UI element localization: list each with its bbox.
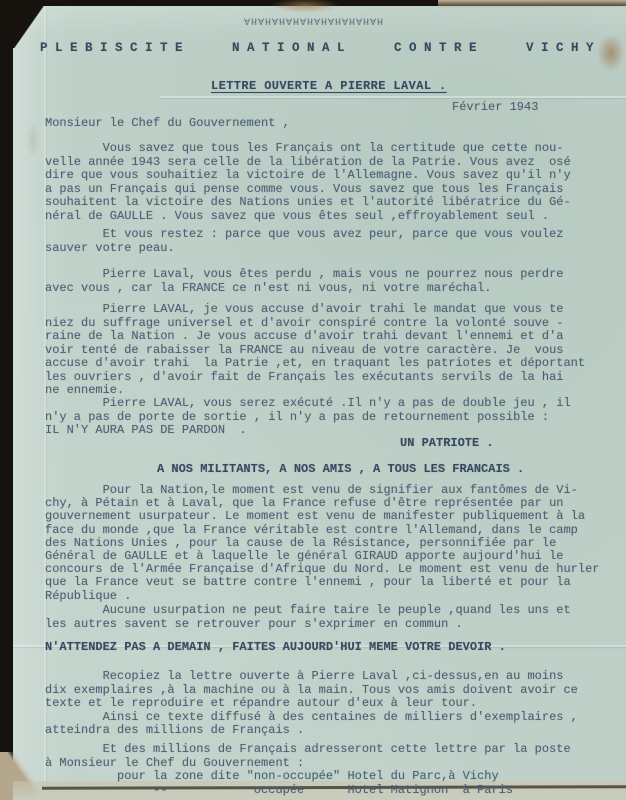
salutation: Monsieur le Chef du Gouvernement , — [45, 117, 290, 131]
section-heading-devoir: N'ATTENDEZ PAS A DEMAIN , FAITES AUJOURD… — [45, 641, 506, 655]
paragraph-2: Et vous restez : parce que vous avez peu… — [45, 228, 563, 255]
stain-top-right — [597, 34, 625, 72]
upside-down-laughter-text: HAHAHAHAHAHAHAHAHAHA — [0, 13, 626, 27]
paragraph-5: Pierre LAVAL, vous serez exécuté .Il n'y… — [45, 397, 571, 438]
paragraph-3: Pierre Laval, vous êtes perdu , mais vou… — [45, 268, 563, 295]
paragraph-4: Pierre LAVAL, je vous accuse d'avoir tra… — [45, 303, 585, 398]
scanned-document-screen: HAHAHAHAHAHAHAHAHAHA PLEBISCITE NATIONAL… — [0, 0, 626, 800]
paragraph-8: Recopiez la lettre ouverte à Pierre Lava… — [45, 670, 578, 738]
date-line: Février 1943 — [452, 101, 538, 115]
paragraph-9: Et des millions de Français adresseront … — [45, 743, 571, 797]
paragraph-6: Pour la Nation,le moment est venu de sig… — [45, 484, 600, 603]
paragraph-7: Aucune usurpation ne peut faire taire le… — [45, 604, 571, 631]
stain-left-edge — [26, 120, 40, 160]
stain-top-center — [270, 0, 340, 13]
horizontal-fold-crease-top — [160, 96, 626, 98]
paragraph-1: Vous savez que tous les Français ont la … — [45, 142, 571, 223]
signature: UN PATRIOTE . — [400, 437, 494, 451]
masthead-title: PLEBISCITE NATIONAL CONTRE VICHY — [40, 42, 601, 56]
section-heading-militants: A NOS MILITANTS, A NOS AMIS , A TOUS LES… — [157, 463, 524, 477]
letter-title: LETTRE OUVERTE A PIERRE LAVAL . — [211, 80, 447, 94]
scan-edge-top-right — [438, 0, 626, 9]
